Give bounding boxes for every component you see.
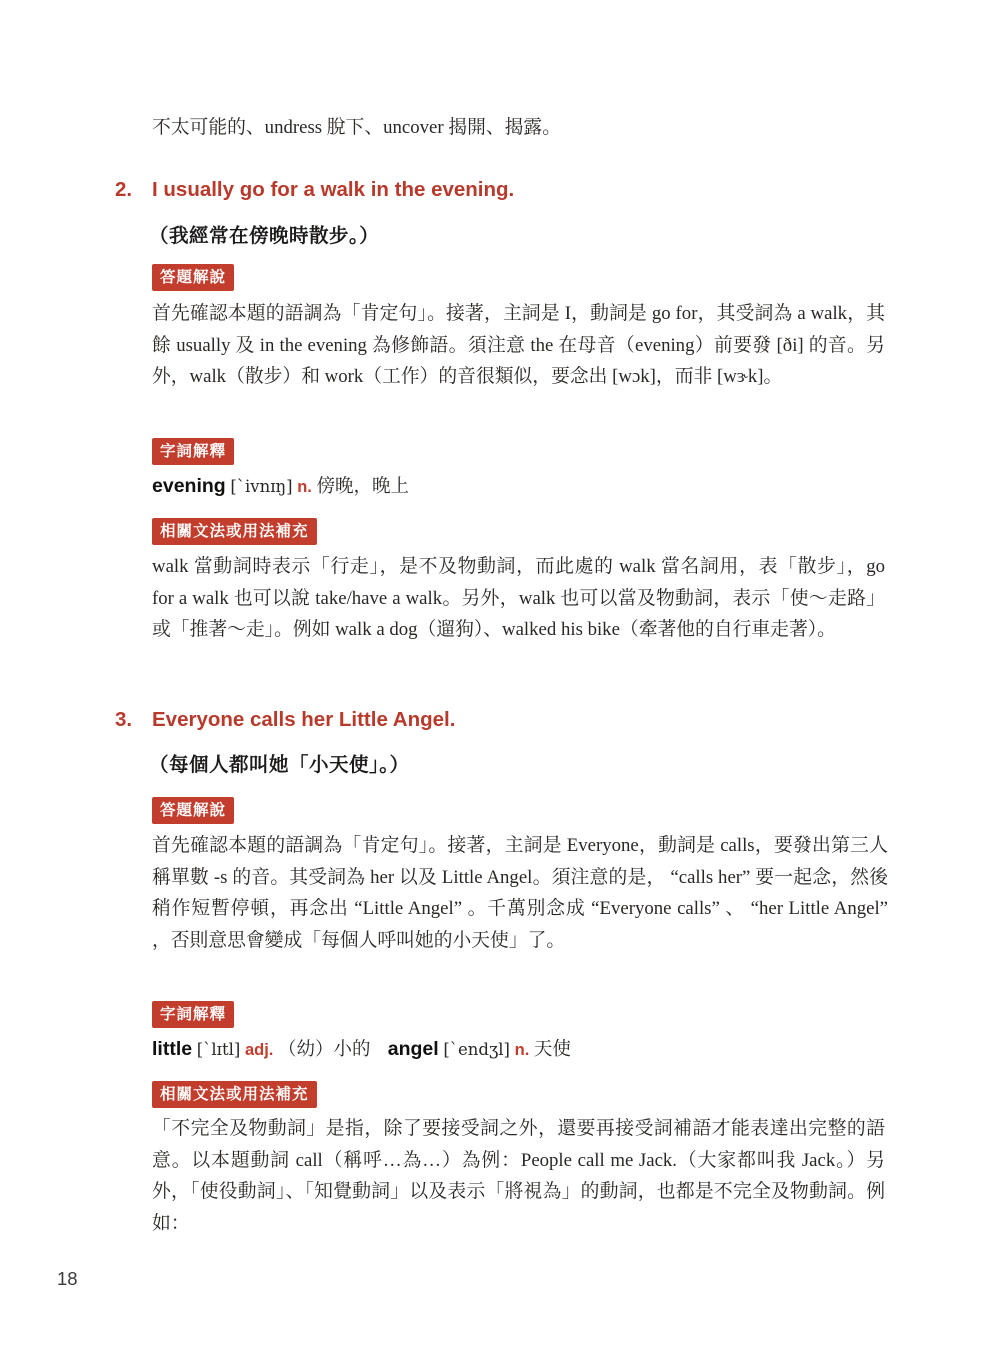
item-2-sentence: I usually go for a walk in the evening. [152, 178, 514, 202]
word-entry-meaning: （幼）小的 [278, 1040, 371, 1060]
item-2-heading: 2. I usually go for a walk in the evenin… [115, 178, 895, 202]
item-3-translation: （每個人都叫她「小天使」。） [149, 749, 929, 777]
word-entry-word: evening [152, 475, 226, 497]
item-3-answer-badge: 答題解說 [152, 797, 234, 824]
word-entry-pos: n. [515, 1041, 530, 1059]
word-explanation-badge: 字詞解釋 [152, 1001, 234, 1028]
word-entry-word: little [152, 1038, 192, 1060]
continuation-text: 不太可能的、undress 脫下、uncover 揭開、揭露。 [152, 114, 892, 142]
item-3-heading: 3. Everyone calls her Little Angel. [115, 708, 895, 732]
grammar-supplement-badge: 相關文法或用法補充 [152, 1081, 317, 1108]
item-2-translation: （我經常在傍晚時散步。） [149, 220, 929, 248]
item-2-word-badge: 字詞解釋 [152, 438, 234, 465]
book-page: 不太可能的、undress 脫下、uncover 揭開、揭露。 2. I usu… [0, 0, 1000, 1353]
item-3-word-badge: 字詞解釋 [152, 1001, 234, 1028]
item-3-grammar-badge: 相關文法或用法補充 [152, 1081, 317, 1108]
item-3-number: 3. [115, 708, 152, 732]
item-2-number: 2. [115, 178, 152, 202]
page-number: 18 [57, 1268, 78, 1290]
word-entry-phonetic: [ˋlɪtl] [197, 1040, 241, 1059]
word-entry-pos: n. [297, 478, 312, 496]
answer-explanation-badge: 答題解說 [152, 264, 234, 291]
word-entry-meaning: 天使 [534, 1040, 571, 1060]
item-2-word-line: evening [ˋivnɪŋ] n. 傍晚，晚上 [152, 472, 409, 498]
grammar-supplement-badge: 相關文法或用法補充 [152, 518, 317, 545]
word-entry-word: angel [388, 1038, 439, 1060]
item-2-grammar-badge: 相關文法或用法補充 [152, 518, 317, 545]
word-entry-pos: adj. [245, 1041, 273, 1059]
item-2-answer-explanation: 首先確認本題的語調為「肯定句」。接著，主詞是 I，動詞是 go for，其受詞為… [152, 298, 885, 393]
item-3-answer-explanation: 首先確認本題的語調為「肯定句」。接著，主詞是 Everyone，動詞是 call… [152, 830, 888, 956]
word-entry-phonetic: [ˋendʒl] [443, 1040, 510, 1059]
item-3-grammar-supplement: 「不完全及物動詞」是指，除了要接受詞之外，還要再接受詞補語才能表達出完整的語意。… [152, 1113, 885, 1239]
item-3-sentence: Everyone calls her Little Angel. [152, 708, 455, 732]
item-2-grammar-supplement: walk 當動詞時表示「行走」，是不及物動詞，而此處的 walk 當名詞用，表「… [152, 551, 885, 646]
item-2-answer-badge: 答題解說 [152, 264, 234, 291]
item-3-word-line: little [ˋlɪtl] adj. （幼）小的 angel [ˋendʒl]… [152, 1035, 571, 1061]
word-explanation-badge: 字詞解釋 [152, 438, 234, 465]
word-entry-phonetic: [ˋivnɪŋ] [230, 477, 292, 496]
answer-explanation-badge: 答題解說 [152, 797, 234, 824]
word-entry-meaning: 傍晚，晚上 [317, 477, 410, 497]
